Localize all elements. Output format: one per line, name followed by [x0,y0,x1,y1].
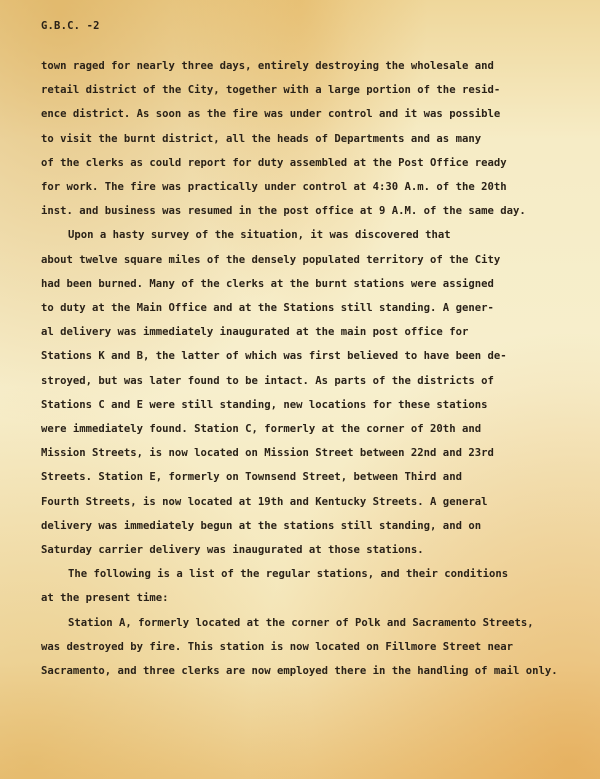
text-line: were immediately found. Station C, forme… [41,417,561,441]
text-line: delivery was immediately begun at the st… [41,514,561,538]
text-line: to visit the burnt district, all the hea… [41,127,561,151]
text-line: Station A, formerly located at the corne… [41,611,561,635]
text-line: Streets. Station E, formerly on Townsend… [41,465,561,489]
text-line: Mission Streets, is now located on Missi… [41,441,561,465]
text-line: Stations K and B, the latter of which wa… [41,344,561,368]
text-line: al delivery was immediately inaugurated … [41,320,561,344]
text-line: for work. The fire was practically under… [41,175,561,199]
text-line: Upon a hasty survey of the situation, it… [41,223,561,247]
paragraph-3: The following is a list of the regular s… [41,562,561,610]
text-line: Fourth Streets, is now located at 19th a… [41,490,561,514]
text-line: Sacramento, and three clerks are now emp… [41,659,561,683]
text-line: ence district. As soon as the fire was u… [41,102,561,126]
text-line: town raged for nearly three days, entire… [41,54,561,78]
text-line: The following is a list of the regular s… [41,562,561,586]
text-line: Saturday carrier delivery was inaugurate… [41,538,561,562]
text-line: retail district of the City, together wi… [41,78,561,102]
document-page: G.B.C. -2 town raged for nearly three da… [0,0,600,779]
paragraph-2: Upon a hasty survey of the situation, it… [41,223,561,562]
text-line: at the present time: [41,586,561,610]
text-line: stroyed, but was later found to be intac… [41,369,561,393]
text-line: about twelve square miles of the densely… [41,248,561,272]
text-line: to duty at the Main Office and at the St… [41,296,561,320]
paragraph-1: town raged for nearly three days, entire… [41,54,561,223]
text-line: was destroyed by fire. This station is n… [41,635,561,659]
text-line: inst. and business was resumed in the po… [41,199,561,223]
page-header: G.B.C. -2 [41,20,100,32]
text-line: had been burned. Many of the clerks at t… [41,272,561,296]
text-line: of the clerks as could report for duty a… [41,151,561,175]
text-line: Stations C and E were still standing, ne… [41,393,561,417]
paragraph-4: Station A, formerly located at the corne… [41,611,561,684]
document-body: town raged for nearly three days, entire… [41,54,561,683]
